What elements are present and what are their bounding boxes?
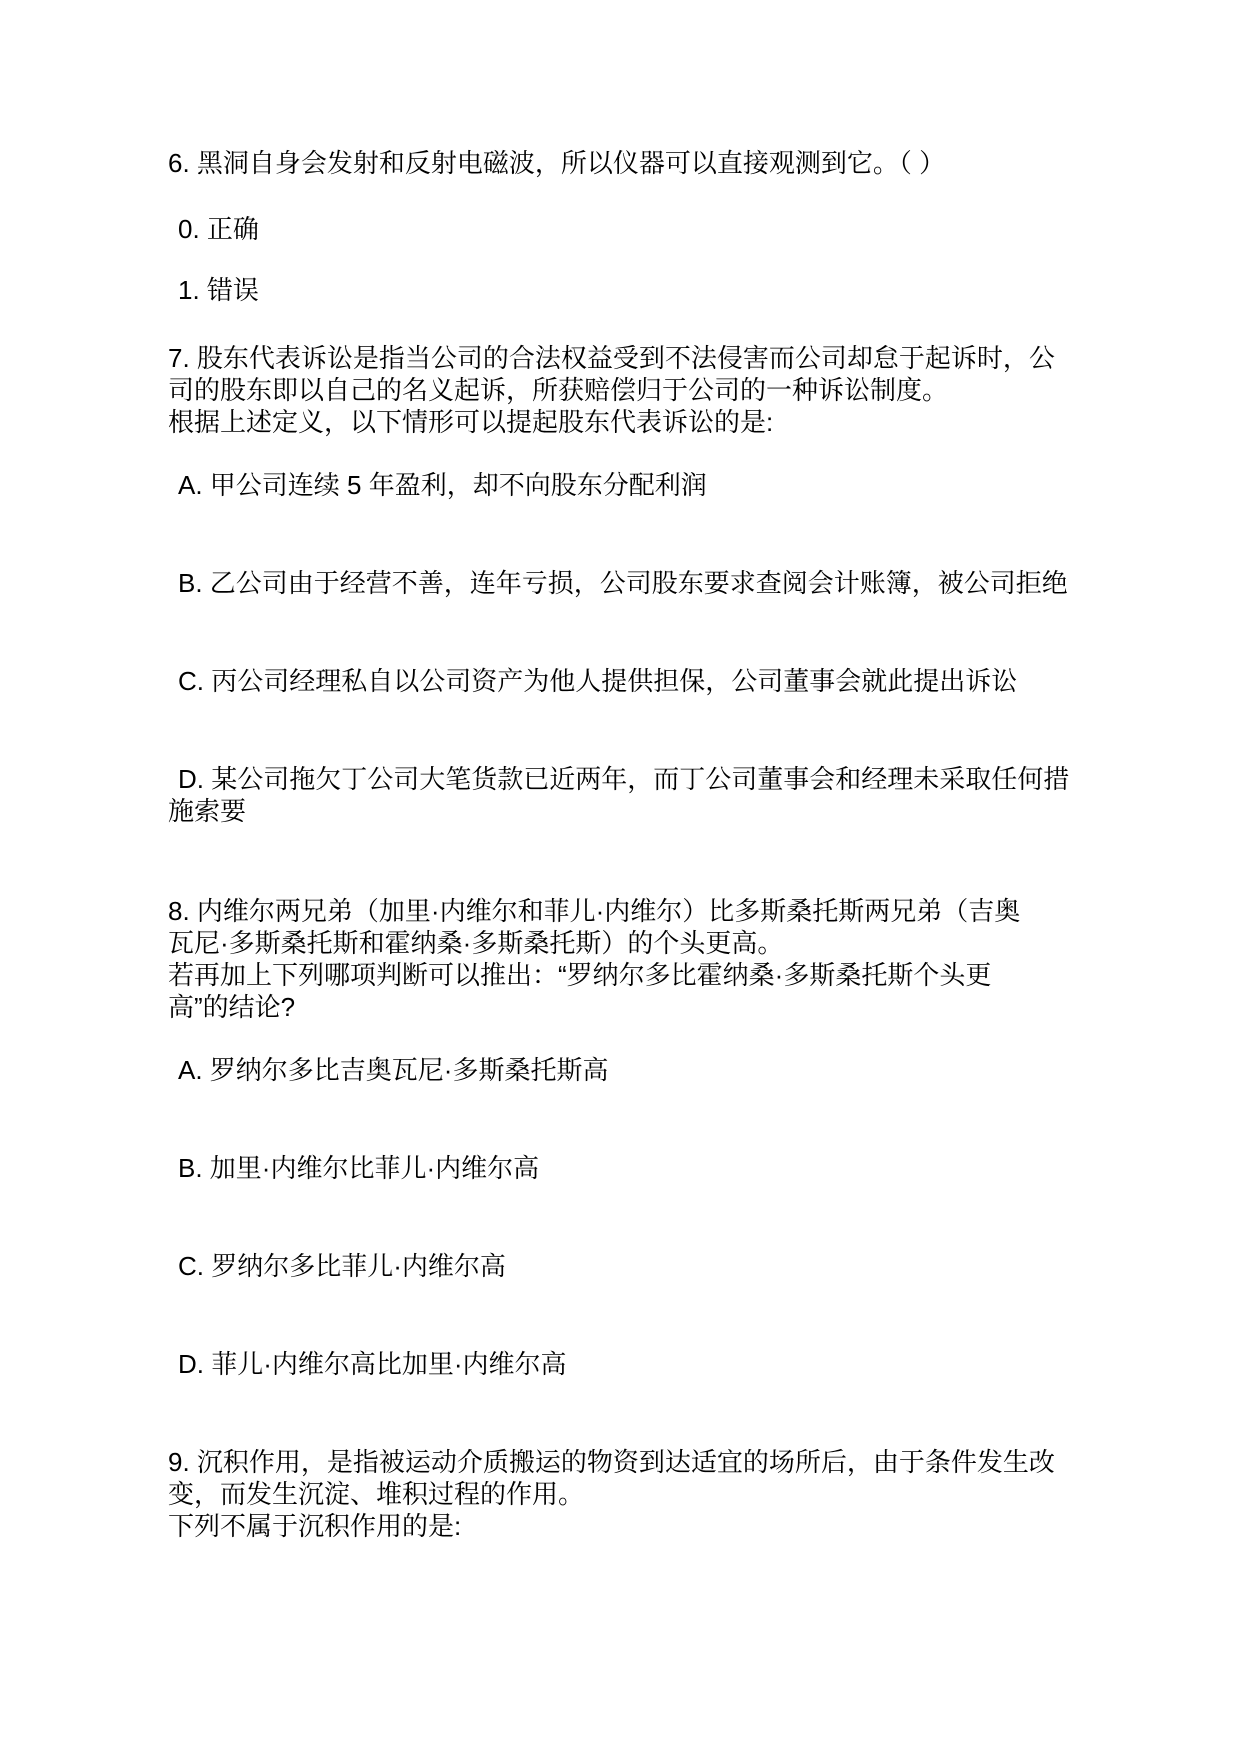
question-8-option-d: D. 菲儿·内维尔高比加里·内维尔高: [168, 1348, 1160, 1380]
question-7: 7. 股东代表诉讼是指当公司的合法权益受到不法侵害而公司却怠于起诉时，公 司的股…: [168, 342, 1160, 827]
document-page: 6. 黑洞自身会发射和反射电磁波，所以仪器可以直接观测到它。（ ） 0. 正确 …: [0, 0, 1240, 1753]
question-7-option-b: B. 乙公司由于经营不善，连年亏损，公司股东要求查阅会计账簿，被公司拒绝: [168, 567, 1160, 599]
question-6-option-1: 1. 错误: [168, 274, 1160, 306]
question-8-option-c: C. 罗纳尔多比菲儿·内维尔高: [168, 1250, 1160, 1282]
question-9: 9. 沉积作用，是指被运动介质搬运的物资到达适宜的场所后，由于条件发生改 变，而…: [168, 1446, 1160, 1542]
question-9-stem: 9. 沉积作用，是指被运动介质搬运的物资到达适宜的场所后，由于条件发生改 变，而…: [168, 1446, 1160, 1542]
question-8: 8. 内维尔两兄弟（加里·内维尔和菲儿·内维尔）比多斯桑托斯两兄弟（吉奥 瓦尼·…: [168, 895, 1160, 1380]
question-8-option-b: B. 加里·内维尔比菲儿·内维尔高: [168, 1152, 1160, 1184]
question-6-option-0: 0. 正确: [168, 213, 1160, 245]
question-7-option-d: D. 某公司拖欠丁公司大笔货款已近两年，而丁公司董事会和经理未采取任何措 施索要: [168, 763, 1160, 827]
question-6: 6. 黑洞自身会发射和反射电磁波，所以仪器可以直接观测到它。（ ） 0. 正确 …: [168, 147, 1160, 306]
question-8-option-a: A. 罗纳尔多比吉奥瓦尼·多斯桑托斯高: [168, 1054, 1160, 1086]
question-6-stem: 6. 黑洞自身会发射和反射电磁波，所以仪器可以直接观测到它。（ ）: [168, 147, 1160, 179]
question-7-option-c: C. 丙公司经理私自以公司资产为他人提供担保，公司董事会就此提出诉讼: [168, 665, 1160, 697]
question-7-stem: 7. 股东代表诉讼是指当公司的合法权益受到不法侵害而公司却怠于起诉时，公 司的股…: [168, 342, 1160, 438]
question-8-stem: 8. 内维尔两兄弟（加里·内维尔和菲儿·内维尔）比多斯桑托斯两兄弟（吉奥 瓦尼·…: [168, 895, 1160, 1023]
question-7-option-a: A. 甲公司连续 5 年盈利，却不向股东分配利润: [168, 469, 1160, 501]
